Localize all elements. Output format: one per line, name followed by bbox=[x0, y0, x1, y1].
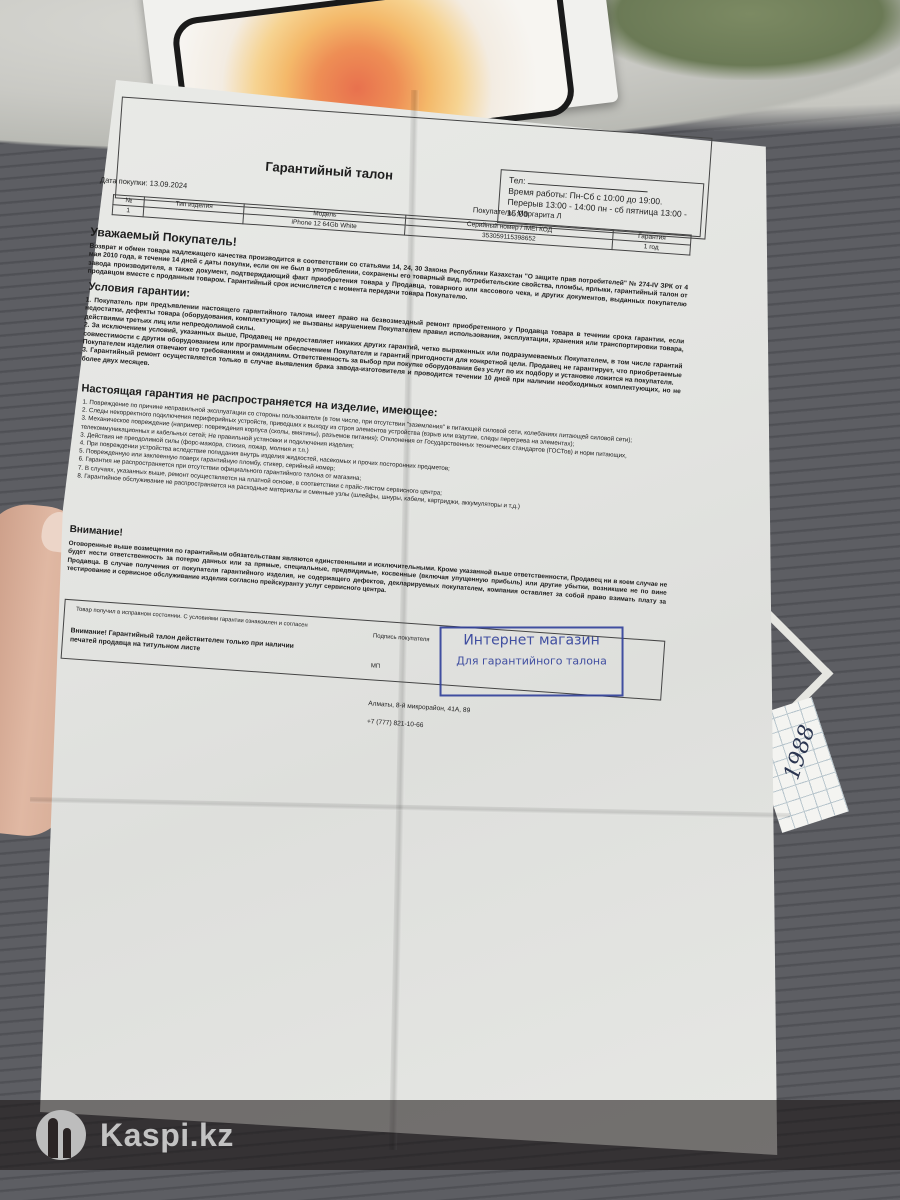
kaspi-family-logo-icon bbox=[36, 1110, 86, 1160]
stamp-line2: Для гарантийного талона bbox=[442, 654, 622, 667]
stamp-line1: Интернет магазин bbox=[442, 632, 622, 648]
table-cell: 1 bbox=[112, 205, 144, 217]
store-stamp: Интернет магазин Для гарантийного талона bbox=[440, 626, 624, 696]
tel-label: Тел: bbox=[509, 175, 526, 186]
kaspi-watermark: Kaspi.kz bbox=[36, 1110, 234, 1160]
background-green-cloth bbox=[580, 0, 900, 80]
mp-label: МП bbox=[371, 663, 381, 670]
watermark-text: Kaspi.kz bbox=[100, 1117, 234, 1154]
